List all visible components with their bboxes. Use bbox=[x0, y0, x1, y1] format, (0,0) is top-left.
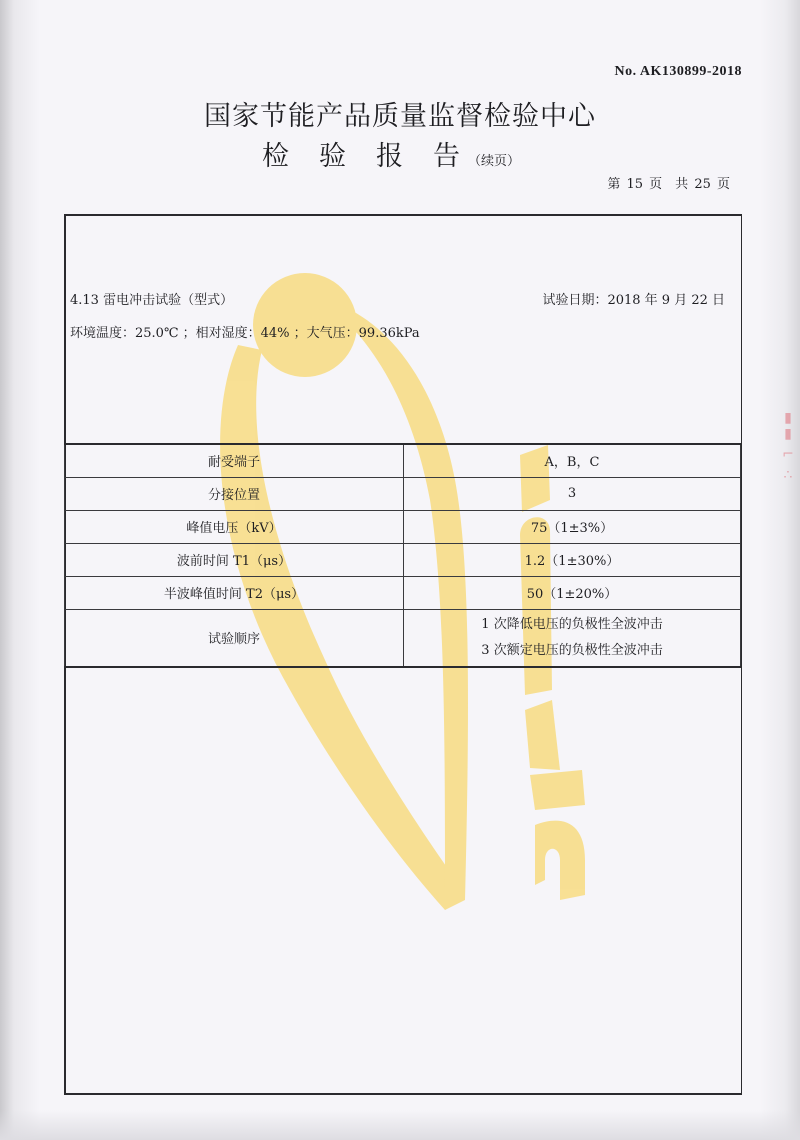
continued-label: （续页） bbox=[468, 150, 520, 169]
row-value: 1.2（1±30%） bbox=[404, 543, 741, 576]
test-sequence-line: 3 次额定电压的负极性全波冲击 bbox=[404, 638, 740, 664]
row-label: 波前时间 T1（μs） bbox=[65, 543, 404, 576]
test-parameters-table: 耐受端子 A，B，C 分接位置 3 峰值电压（kV） 75（1±3%） 波前时间… bbox=[64, 443, 741, 668]
table-row: 波前时间 T1（μs） 1.2（1±30%） bbox=[65, 543, 741, 576]
row-label: 耐受端子 bbox=[65, 444, 404, 477]
report-title: 检验报告 （续页） bbox=[262, 134, 520, 173]
row-value: A，B，C bbox=[404, 444, 741, 477]
test-date: 试验日期：2018 年 9 月 22 日 bbox=[542, 289, 725, 308]
page-indicator: 第 15 页 共 25 页 bbox=[607, 173, 730, 192]
section-heading: 4.13 雷电冲击试验（型式） bbox=[70, 289, 233, 308]
table-row: 耐受端子 A，B，C bbox=[65, 444, 741, 477]
test-sequence-line: 1 次降低电压的负极性全波冲击 bbox=[404, 612, 740, 638]
row-label: 分接位置 bbox=[65, 477, 404, 510]
row-value: 3 bbox=[404, 477, 741, 510]
row-label: 试验顺序 bbox=[65, 609, 404, 667]
seal-stamp-fragment: ▮▮ ⌐ ∴ bbox=[776, 410, 796, 580]
row-value: 75（1±3%） bbox=[404, 510, 741, 543]
row-label: 峰值电压（kV） bbox=[65, 510, 404, 543]
table-row: 分接位置 3 bbox=[65, 477, 741, 510]
organization-title: 国家节能产品质量监督检验中心 bbox=[0, 94, 800, 133]
row-value: 50（1±20%） bbox=[404, 576, 741, 609]
environment-conditions: 环境温度：25.0℃ ；相对湿度：44% ；大气压：99.36kPa bbox=[70, 322, 420, 341]
table-row: 试验顺序 1 次降低电压的负极性全波冲击 3 次额定电压的负极性全波冲击 bbox=[65, 609, 741, 667]
table-row: 峰值电压（kV） 75（1±3%） bbox=[65, 510, 741, 543]
row-value: 1 次降低电压的负极性全波冲击 3 次额定电压的负极性全波冲击 bbox=[404, 609, 741, 667]
paper-shadow bbox=[0, 1110, 800, 1140]
table-row: 半波峰值时间 T2（μs） 50（1±20%） bbox=[65, 576, 741, 609]
report-title-text: 检验报告 bbox=[262, 134, 490, 173]
report-number: No. AK130899-2018 bbox=[615, 64, 743, 80]
row-label: 半波峰值时间 T2（μs） bbox=[65, 576, 404, 609]
